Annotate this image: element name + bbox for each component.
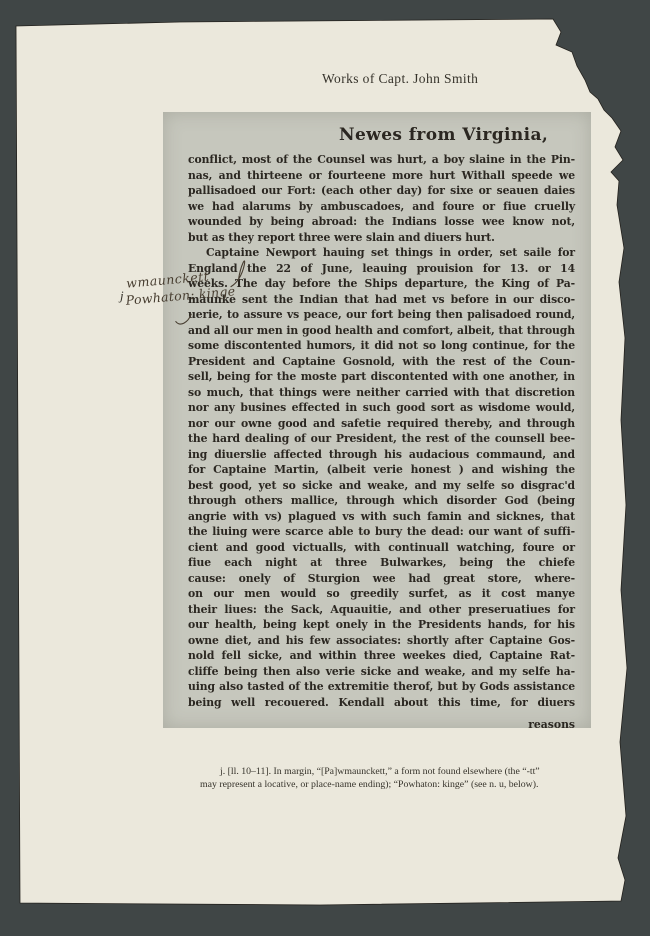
- facsimile-line: conflict, most of the Counsel was hurt, …: [188, 152, 575, 168]
- facsimile-line: some discontented humors, it did not so …: [188, 338, 575, 354]
- facsimile-line: ing diuerslie affected through his audac…: [188, 447, 575, 463]
- facsimile-line: nold fell sicke, and within three weekes…: [188, 648, 575, 664]
- facsimile-line: cause: onely of Sturgion wee had great s…: [188, 571, 575, 587]
- facsimile-line: through others mallice, through which di…: [188, 493, 575, 509]
- facsimile-line: pallisadoed our Fort: (each other day) f…: [188, 183, 575, 199]
- footnote: j. [ll. 10–11]. In margin, “[Pa]wmauncke…: [200, 765, 582, 791]
- running-header: Works of Capt. John Smith: [322, 71, 492, 87]
- facsimile-line: fiue each night at three Bulwarkes, bein…: [188, 555, 575, 571]
- facsimile-line: best good, yet so sicke and weake, and m…: [188, 478, 575, 494]
- footnote-marker-j: j: [120, 288, 124, 304]
- page-background: Works of Capt. John Smith j Newes from V…: [0, 0, 650, 936]
- facsimile-line: sell, being for the moste part disconten…: [188, 369, 575, 385]
- facsimile-line: owne diet, and his few associates: short…: [188, 633, 575, 649]
- facsimile-line: we had alarums by ambuscadoes, and foure…: [188, 199, 575, 215]
- facsimile-line: for Captaine Martin, (albeit verie hones…: [188, 462, 575, 478]
- facsimile-line: angrie with vs) plagued vs with such fam…: [188, 509, 575, 525]
- facsimile-line: being well recouered. Kendall about this…: [188, 695, 575, 711]
- facsimile-line: the hard dealing of our President, the r…: [188, 431, 575, 447]
- facsimile-line: on our men would so greedily surfet, as …: [188, 586, 575, 602]
- facsimile-line: cliffe being then also verie sicke and w…: [188, 664, 575, 680]
- footnote-line1: j. [ll. 10–11]. In margin, “[Pa]wmauncke…: [200, 765, 582, 778]
- facsimile-scan: Newes from Virginia, conflict, most of t…: [163, 112, 591, 728]
- facsimile-line: our health, being kept onely in the Pres…: [188, 617, 575, 633]
- facsimile-line: nas, and thirteene or fourteene more hur…: [188, 168, 575, 184]
- footnote-line2: may represent a locative, or place-name …: [200, 778, 582, 791]
- facsimile-line: the liuing were scarce able to bury the …: [188, 524, 575, 540]
- catchword: reasons: [528, 718, 575, 728]
- facsimile-line: uing also tasted of the extremitie thero…: [188, 679, 575, 695]
- facsimile-line: nor our owne good and safetie required t…: [188, 416, 575, 432]
- facsimile-line: their liues: the Sack, Aquauitie, and ot…: [188, 602, 575, 618]
- facsimile-line: cient and good victualls, with continual…: [188, 540, 575, 556]
- facsimile-title: Newes from Virginia,: [339, 125, 539, 145]
- marginal-annotation: wmaunckett Powhaton: kinge: [126, 264, 261, 335]
- facsimile-line: so much, that things were neither carrie…: [188, 385, 575, 401]
- facsimile-line: wounded by being abroad: the Indians los…: [188, 214, 575, 230]
- facsimile-line: President and Captaine Gosnold, with the…: [188, 354, 575, 370]
- facsimile-line: but as they report three were slain and …: [188, 230, 575, 246]
- handwriting-flourish: [124, 251, 260, 336]
- facsimile-text-block: conflict, most of the Counsel was hurt, …: [188, 152, 575, 710]
- facsimile-line: nor any busines effected in such good so…: [188, 400, 575, 416]
